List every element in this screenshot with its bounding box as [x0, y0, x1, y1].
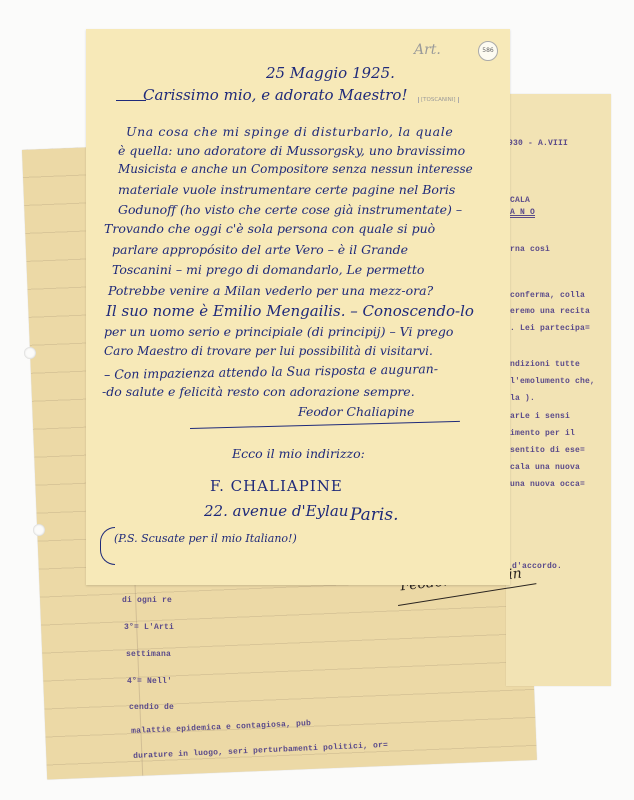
- typed-line: settimana: [126, 650, 171, 659]
- typed-line: una nuova occa=: [510, 480, 585, 489]
- body-line: Una cosa che mi spinge di disturbarlo, l…: [126, 124, 453, 139]
- body-line: Musicista e anche un Compositore senza n…: [118, 162, 473, 176]
- archive-number-stamp: 586: [478, 41, 498, 61]
- body-line: materiale vuole instrumentare certe pagi…: [118, 182, 455, 197]
- typed-line: imento per il: [510, 429, 575, 438]
- address-intro: Ecco il mio indirizzo:: [232, 446, 365, 461]
- typed-line: . Lei partecipa=: [510, 324, 590, 333]
- salutation-note: [TOSCANINI]: [418, 97, 459, 103]
- body-line: Trovando che oggi c'è sola persona con q…: [104, 221, 435, 236]
- body-line: -do salute e felicità resto con adorazio…: [102, 384, 415, 399]
- typed-line: la ).: [510, 394, 535, 403]
- body-line: parlare appropósito del arte Vero – è il…: [112, 242, 408, 257]
- letter-signature: Feodor Chaliapine: [298, 404, 414, 419]
- address-city: Paris.: [350, 505, 399, 525]
- right-typed-sheet: [506, 94, 611, 686]
- typed-line: eremo una recita: [510, 307, 590, 316]
- letter-date: 25 Maggio 1925.: [266, 64, 395, 82]
- archive-mark: Art.: [414, 42, 441, 58]
- typed-line: di ogni re: [122, 596, 172, 605]
- body-line: Caro Maestro di trovare per lui possibil…: [104, 344, 433, 358]
- address-street: 22. avenue d'Eylau: [204, 502, 348, 520]
- punch-hole: [33, 524, 45, 536]
- typed-date: 930 - A.VIII: [508, 139, 568, 148]
- typed-line: 3°= L'Arti: [124, 623, 174, 632]
- letter-salutation: Carissimo mio, e adorato Maestro!: [143, 86, 408, 104]
- body-line: per un uomo serio e principiale (di prin…: [104, 324, 453, 339]
- typed-line: CALA: [510, 196, 530, 205]
- typed-line: sentito di ese=: [510, 446, 585, 455]
- typed-line: 4°= Nell': [127, 677, 172, 686]
- postscript: (P.S. Scusate per il mio Italiano!): [114, 532, 297, 545]
- ps-bracket: [100, 527, 115, 565]
- typed-line: arLe i sensi: [510, 412, 570, 421]
- typed-line: conferma, colla: [510, 291, 585, 300]
- typed-line: ndizioni tutte: [510, 360, 580, 369]
- typed-line: cendio de: [129, 703, 174, 712]
- flourish-stroke: [116, 100, 146, 101]
- body-line: Toscanini – mi prego di domandarlo, Le p…: [112, 262, 424, 277]
- typed-line: rna così: [510, 245, 550, 254]
- body-line: Il suo nome è Emilio Mengailis. – Conosc…: [106, 302, 474, 320]
- body-line: Godunoff (ho visto che certe cose già in…: [118, 202, 462, 217]
- typed-line: cala una nuova: [510, 463, 580, 472]
- typed-line: A N O: [510, 208, 535, 217]
- body-line: Potrebbe venire a Milan vederlo per una …: [108, 283, 433, 298]
- body-line: è quella: uno adoratore di Mussorgsky, u…: [118, 143, 465, 158]
- address-name: F. CHALIAPINE: [210, 477, 343, 495]
- typed-line: l'emolumento che,: [510, 377, 595, 386]
- punch-hole: [24, 347, 36, 359]
